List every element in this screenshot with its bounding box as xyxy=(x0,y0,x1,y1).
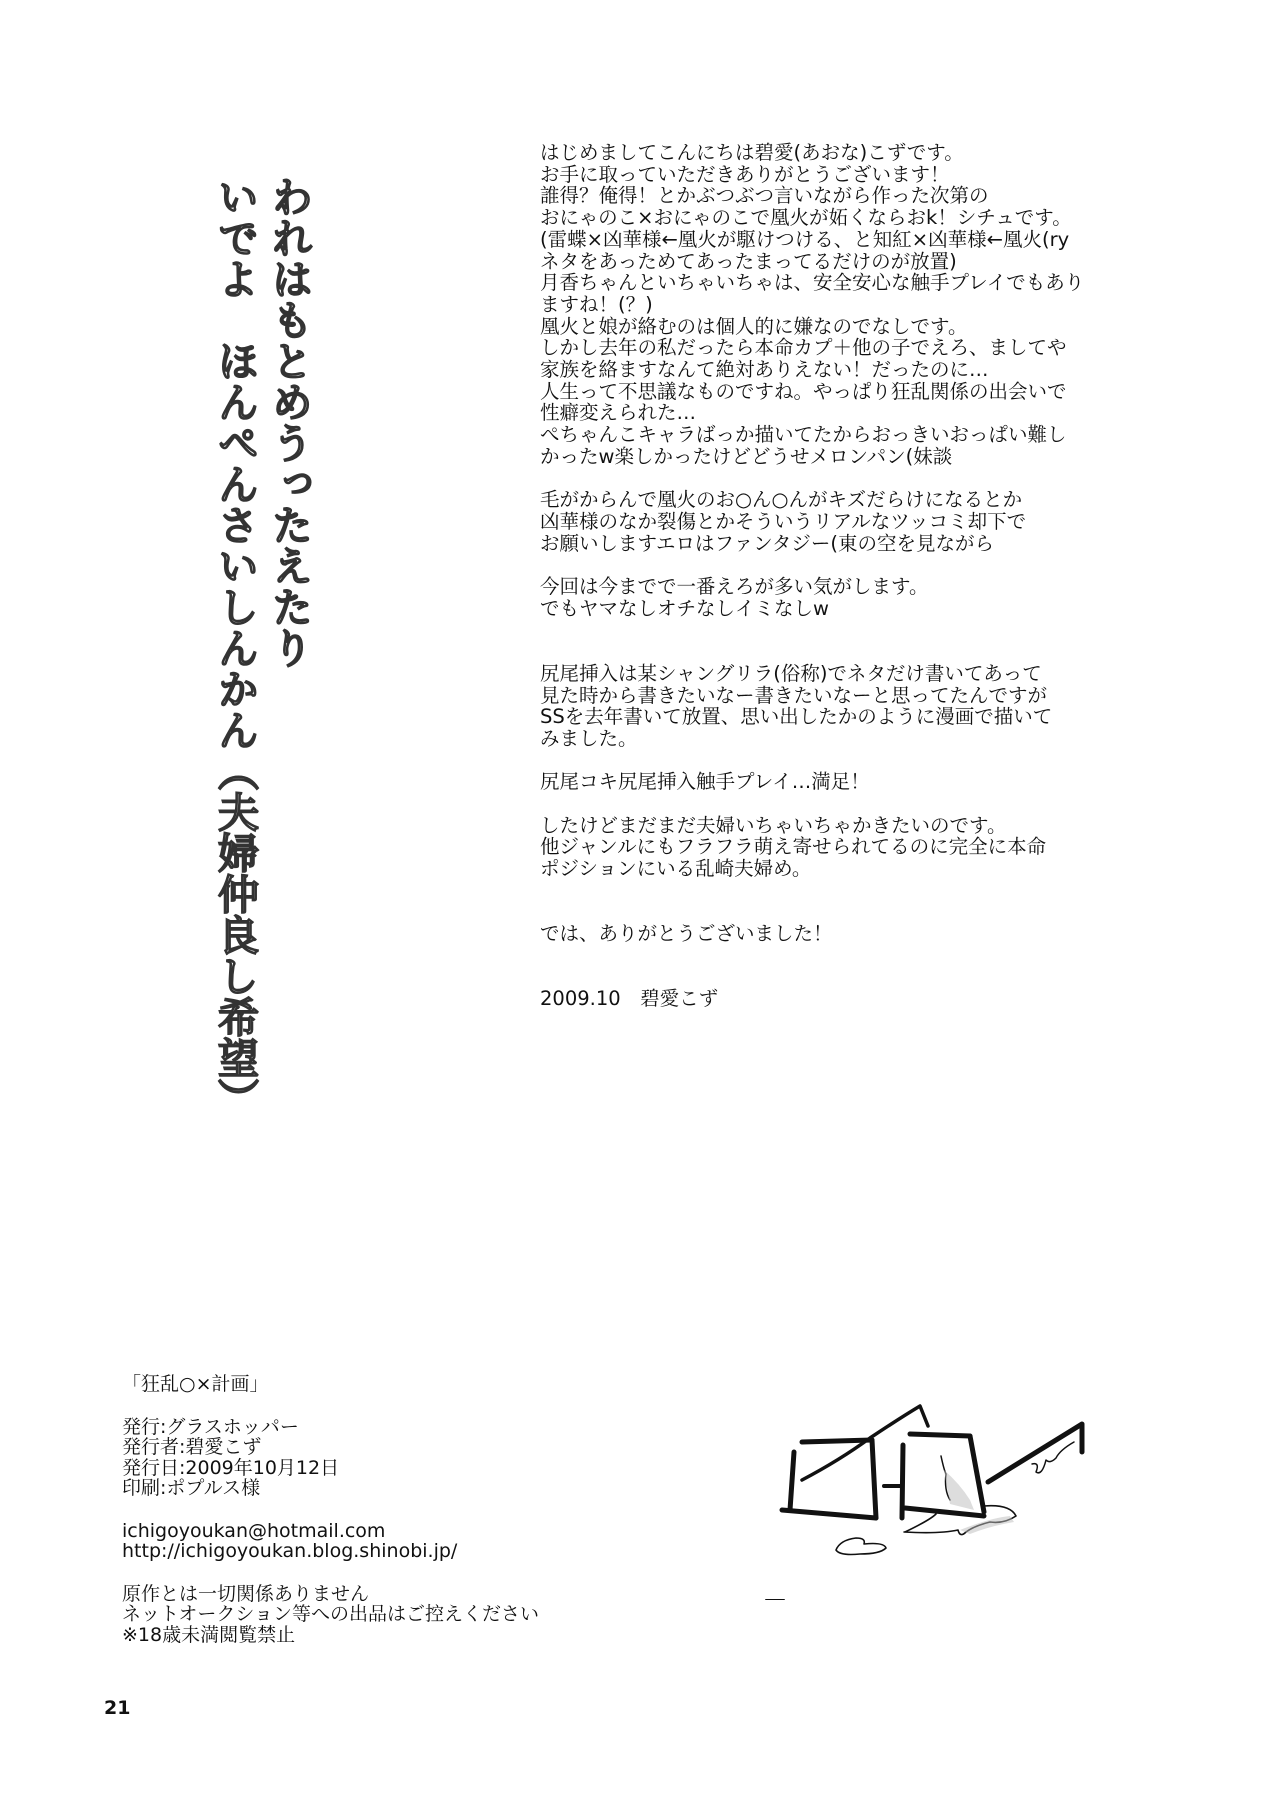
afterword: はじめましてこんにちは碧愛(あおな)こずです。 お手に取っていただきありがとうご… xyxy=(540,142,1180,1010)
paragraph-spacer xyxy=(540,750,1180,772)
paragraph-spacer xyxy=(540,945,1180,988)
afterword-line: (雷蝶×凶華様←凰火が駆けつける、と知紅×凶華様←凰火(ry xyxy=(540,229,1180,251)
colophon-spacer xyxy=(122,1562,539,1584)
colophon: 「狂乱○×計画」 発行:グラスホッパー 発行者:碧愛こず 発行日:2009年10… xyxy=(122,1374,539,1645)
paragraph-spacer xyxy=(540,619,1180,662)
paragraph-spacer xyxy=(540,793,1180,815)
vertical-title: われはもとめうったえたり いでよ ほんぺんさいしんかん（夫婦仲良し希望） xyxy=(212,176,312,1119)
afterword-line: ぺちゃんこキャラばっか描いてたからおっきいおっぱい難し xyxy=(540,424,1180,446)
colophon-author: 発行者:碧愛こず xyxy=(122,1437,539,1458)
afterword-line: 凰火と娘が絡むのは個人的に嫌なのでなしです。 xyxy=(540,316,1180,338)
afterword-line: 尻尾挿入は某シャングリラ(俗称)でネタだけ書いてあって xyxy=(540,663,1180,685)
afterword-line: 性癖変えられた… xyxy=(540,402,1180,424)
afterword-line: 誰得？俺得！とかぶつぶつ言いながら作った次第の xyxy=(540,185,1180,207)
colophon-spacer xyxy=(122,1395,539,1417)
afterword-closing: では、ありがとうございました！ xyxy=(540,923,1180,945)
afterword-line: 他ジャンルにもフラフラ萌え寄せられてるのに完全に本命 xyxy=(540,836,1180,858)
colophon-notice: ネットオークション等への出品はご控えください xyxy=(122,1604,539,1625)
page-number: 21 xyxy=(104,1697,130,1719)
afterword-line: ネタをあっためてあったまってるだけのが放置) xyxy=(540,251,1180,273)
afterword-line: かったw楽しかったけどどうせメロンパン(妹談 xyxy=(540,446,1180,468)
colophon-title: 「狂乱○×計画」 xyxy=(122,1374,539,1395)
afterword-line: お願いしますエロはファンタジー(東の空を見ながら xyxy=(540,533,1180,555)
paragraph-spacer xyxy=(540,468,1180,490)
colophon-spacer xyxy=(122,1499,539,1521)
colophon-publisher: 発行:グラスホッパー xyxy=(122,1417,539,1438)
afterword-signature: 2009.10 碧愛こず xyxy=(540,988,1180,1010)
afterword-line: 尻尾コキ尻尾挿入触手プレイ…満足！ xyxy=(540,771,1180,793)
doodle-illustration xyxy=(760,1400,1100,1600)
afterword-line: おにゃのこ×おにゃのこで凰火が妬くならおk！シチュです。 xyxy=(540,207,1180,229)
colophon-notice: ※18歳未満閲覧禁止 xyxy=(122,1625,539,1646)
colophon-email: ichigoyoukan@hotmail.com xyxy=(122,1521,539,1542)
vertical-title-right-column: われはもとめうったえたり xyxy=(266,176,312,1119)
vertical-title-left-column: いでよ ほんぺんさいしんかん（夫婦仲良し希望） xyxy=(212,176,258,1119)
afterword-line: SSを去年書いて放置、思い出したかのように漫画で描いて xyxy=(540,706,1180,728)
afterword-line: 月香ちゃんといちゃいちゃは、安全安心な触手プレイでもあり xyxy=(540,272,1180,294)
afterword-line: 家族を絡ますなんて絶対ありえない！だったのに… xyxy=(540,359,1180,381)
colophon-url: http://ichigoyoukan.blog.shinobi.jp/ xyxy=(122,1541,539,1562)
afterword-line: ますね！(？) xyxy=(540,294,1180,316)
afterword-line: ポジションにいる乱崎夫婦め。 xyxy=(540,858,1180,880)
afterword-line: 今回は今までで一番えろが多い気がします。 xyxy=(540,576,1180,598)
afterword-line: 見た時から書きたいなー書きたいなーと思ってたんですが xyxy=(540,685,1180,707)
afterword-line: お手に取っていただきありがとうございます！ xyxy=(540,164,1180,186)
colophon-notice: 原作とは一切関係ありません xyxy=(122,1584,539,1605)
afterword-line: みました。 xyxy=(540,728,1180,750)
afterword-line: しかし去年の私だったら本命カプ＋他の子でえろ、ましてや xyxy=(540,337,1180,359)
afterword-line: 凶華様のなか裂傷とかそういうリアルなツッコミ却下で xyxy=(540,511,1180,533)
afterword-line: したけどまだまだ夫婦いちゃいちゃかきたいのです。 xyxy=(540,815,1180,837)
paragraph-spacer xyxy=(540,880,1180,923)
colophon-date: 発行日:2009年10月12日 xyxy=(122,1458,539,1479)
afterword-line: でもヤマなしオチなしイミなしw xyxy=(540,598,1180,620)
colophon-printer: 印刷:ポプルス様 xyxy=(122,1478,539,1499)
afterword-line: 毛がからんで凰火のお○ん○んがキズだらけになるとか xyxy=(540,489,1180,511)
afterword-line: 人生って不思議なものですね。やっぱり狂乱関係の出会いで xyxy=(540,381,1180,403)
paragraph-spacer xyxy=(540,554,1180,576)
afterword-line: はじめましてこんにちは碧愛(あおな)こずです。 xyxy=(540,142,1180,164)
